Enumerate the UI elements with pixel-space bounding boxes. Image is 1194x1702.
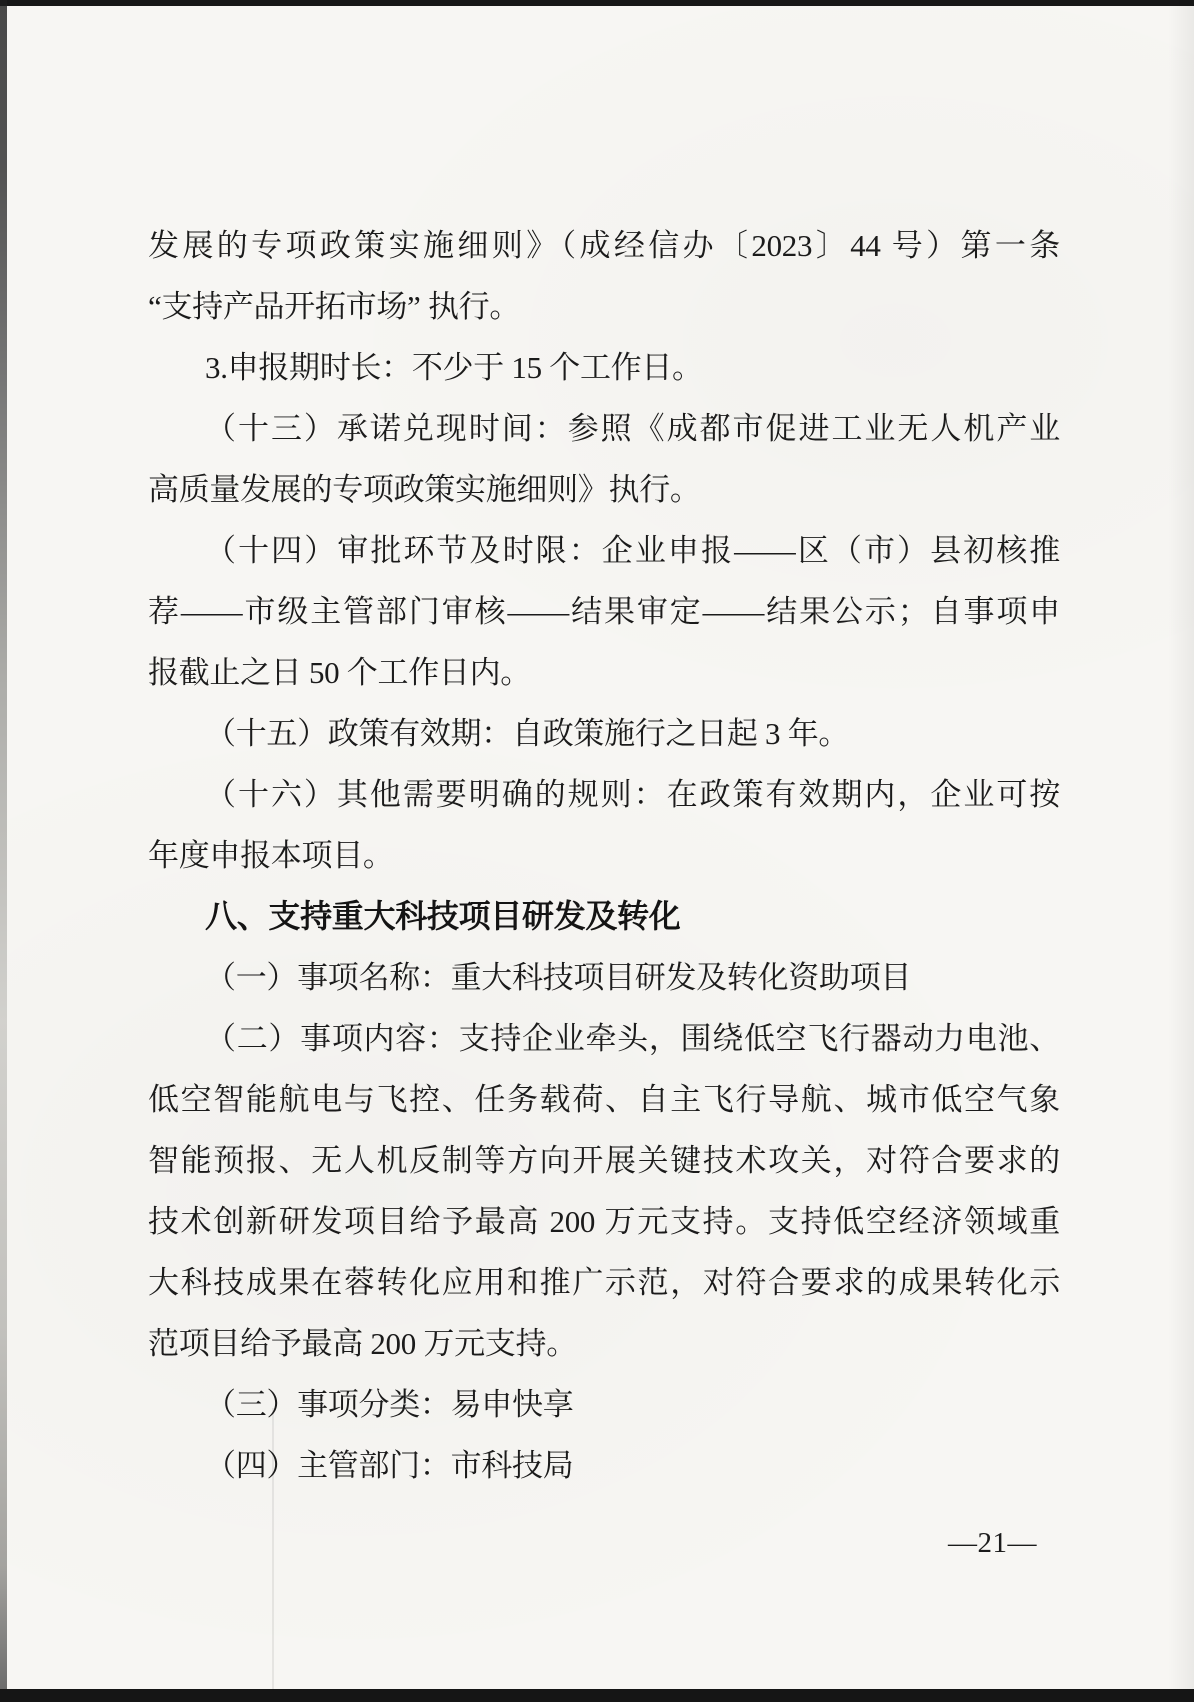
document-line: 高质量发展的专项政策实施细则》执行。: [148, 459, 1060, 520]
document-line: （十四）审批环节及时限：企业申报——区（市）县初核推: [148, 520, 1060, 581]
document-line: 范项目给予最高 200 万元支持。: [148, 1313, 1060, 1374]
scan-edge-right: [1168, 0, 1194, 1702]
scan-edge-left: [0, 0, 7, 1702]
document-line: “支持产品开拓市场” 执行。: [148, 276, 1060, 337]
page-number: —21—: [948, 1527, 1037, 1560]
document-line: 年度申报本项目。: [148, 825, 1060, 886]
document-line: （十三）承诺兑现时间：参照《成都市促进工业无人机产业: [148, 398, 1060, 459]
document-line: 大科技成果在蓉转化应用和推广示范，对符合要求的成果转化示: [148, 1252, 1060, 1313]
scanned-document-page: 发展的专项政策实施细则》（成经信办〔2023〕44 号）第一条 “支持产品开拓市…: [0, 0, 1194, 1702]
document-line: （三）事项分类：易申快享: [148, 1374, 1060, 1435]
document-line: 荐——市级主管部门审核——结果审定——结果公示；自事项申: [148, 581, 1060, 642]
document-line: 报截止之日 50 个工作日内。: [148, 642, 1060, 703]
document-line: 低空智能航电与飞控、任务载荷、自主飞行导航、城市低空气象: [148, 1069, 1060, 1130]
document-line: （十五）政策有效期：自政策施行之日起 3 年。: [148, 703, 1060, 764]
document-line: 智能预报、无人机反制等方向开展关键技术攻关，对符合要求的: [148, 1130, 1060, 1191]
scan-edge-top: [0, 0, 1194, 6]
document-line: （一）事项名称：重大科技项目研发及转化资助项目: [148, 947, 1060, 1008]
document-line: 技术创新研发项目给予最高 200 万元支持。支持低空经济领域重: [148, 1191, 1060, 1252]
scan-edge-bottom: [0, 1689, 1194, 1702]
document-text-block: 发展的专项政策实施细则》（成经信办〔2023〕44 号）第一条 “支持产品开拓市…: [148, 215, 1060, 1496]
document-line: （四）主管部门：市科技局: [148, 1435, 1060, 1496]
document-line: 3.申报期时长：不少于 15 个工作日。: [148, 337, 1060, 398]
document-line: （二）事项内容：支持企业牵头，围绕低空飞行器动力电池、: [148, 1008, 1060, 1069]
document-line: 发展的专项政策实施细则》（成经信办〔2023〕44 号）第一条: [148, 215, 1060, 276]
document-line: （十六）其他需要明确的规则：在政策有效期内，企业可按: [148, 764, 1060, 825]
section-heading-8: 八、支持重大科技项目研发及转化: [148, 886, 1060, 947]
